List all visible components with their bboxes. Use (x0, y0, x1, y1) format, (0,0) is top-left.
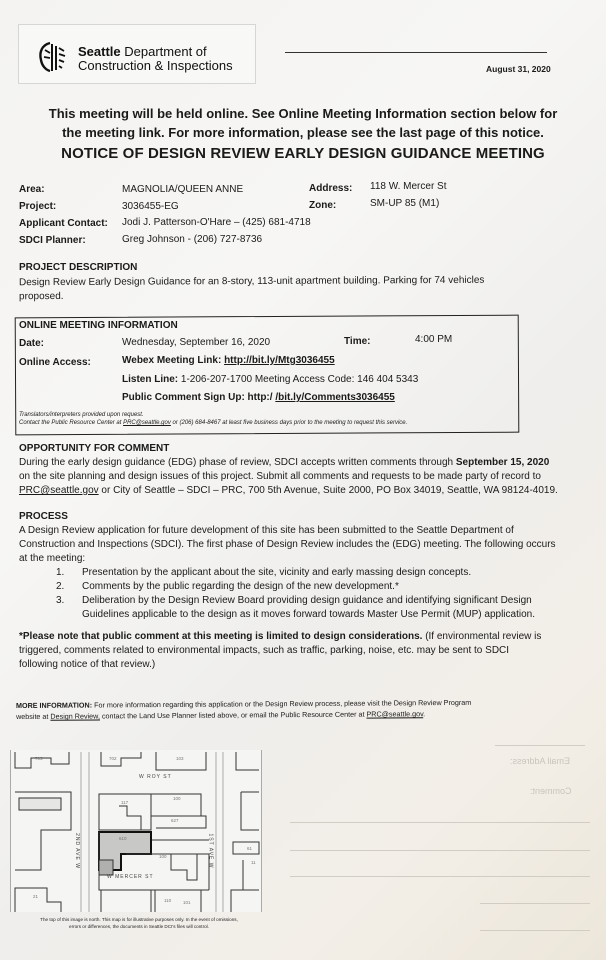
intro-line-1: This meeting will be held online. See On… (20, 104, 586, 123)
online-access-label: Online Access: (19, 357, 91, 368)
lot-number: 702 (109, 756, 117, 761)
prc-email-link[interactable]: PRC@seattle.gov (19, 485, 99, 496)
street-w-mercer: W MERCER ST (107, 874, 154, 880)
page-title: NOTICE OF DESIGN REVIEW EARLY DESIGN GUI… (20, 145, 586, 162)
public-comment-link[interactable]: /bit.ly/Comments3036455 (275, 392, 395, 403)
more-info-label: MORE INFORMATION: (16, 701, 92, 711)
department-name-rest: Department of (124, 44, 206, 59)
map-caption-line-2: errors or differences, the documents in … (14, 923, 264, 930)
project-label: Project: (19, 201, 56, 212)
bleed-line (495, 745, 585, 746)
map-drawing (11, 750, 261, 912)
notice-date: August 31, 2020 (486, 64, 551, 74)
public-comment-row: Public Comment Sign Up: http:/ /bit.ly/C… (122, 392, 395, 403)
process-line-2: Construction and Inspections (SDCI). The… (19, 538, 599, 552)
applicant-label: Applicant Contact: (19, 218, 108, 229)
bleed-email-label: Email Address: (510, 756, 570, 766)
opportunity-address: or City of Seattle – SDCI – PRC, 700 5th… (99, 485, 558, 496)
intro-text: This meeting will be held online. See On… (20, 104, 586, 142)
planner-label: SDCI Planner: (19, 235, 86, 246)
process-item-1-text: Presentation by the applicant about the … (82, 566, 471, 580)
contact-email-link[interactable]: PRC@seattle.gov (123, 420, 171, 426)
design-review-link[interactable]: Design Review, (50, 711, 100, 720)
opportunity-line-3: PRC@seattle.gov or City of Seattle – SDC… (19, 484, 599, 498)
design-note-bold: *Please note that public comment at this… (19, 631, 422, 642)
project-value: 3036455-EG (122, 201, 179, 212)
process-item-3-text: Deliberation by the Design Review Board … (82, 594, 532, 608)
meeting-time-value: 4:00 PM (415, 334, 452, 345)
contact-note: Contact the Public Resource Center at PR… (19, 420, 407, 426)
map-caption: The top of this image is north. This map… (14, 916, 264, 930)
bleed-line (290, 850, 590, 851)
lot-number: 610 (119, 836, 127, 841)
listen-row: Listen Line: 1-206-207-1700 Meeting Acce… (122, 374, 418, 385)
more-info-text-2-pre: website at (16, 712, 50, 721)
project-description-line-2: proposed. (19, 288, 484, 304)
more-info-text-2-end: . (423, 709, 425, 718)
design-note-line-3: following notice of that review.) (19, 658, 599, 672)
meeting-date-label: Date: (19, 338, 44, 349)
listen-label: Listen Line: (122, 374, 178, 385)
listen-value: 1-206-207-1700 Meeting Access Code: 146 … (181, 374, 418, 385)
street-2nd-ave-w: 2ND AVE W (74, 833, 80, 869)
opportunity-line-2: on the site planning and design issues o… (19, 470, 599, 484)
more-information: MORE INFORMATION: For more information r… (16, 696, 601, 722)
area-label: Area: (19, 184, 45, 195)
opportunity-text: During the early design guidance (EDG) p… (19, 456, 599, 498)
design-note-line-2: triggered, comments related to environme… (19, 644, 599, 658)
meeting-time-label: Time: (344, 336, 371, 347)
opportunity-line-1: During the early design guidance (EDG) p… (19, 456, 599, 470)
more-info-email-link[interactable]: PRC@seattle.gov (366, 709, 423, 718)
process-item-3-num: 3. (56, 594, 64, 608)
seattle-logo-icon (38, 40, 68, 74)
more-info-text-2-mid: contact the Land Use Planner listed abov… (100, 710, 367, 721)
department-name-bold: Seattle (78, 44, 121, 59)
map-caption-line-1: The top of this image is north. This map… (14, 916, 264, 923)
process-item-2-num: 2. (56, 580, 64, 594)
lot-number: 21 (33, 894, 38, 899)
project-description-text: Design Review Early Design Guidance for … (19, 274, 485, 304)
webex-label: Webex Meeting Link: (122, 355, 221, 366)
public-comment-label: Public Comment Sign Up: http:/ (122, 392, 273, 403)
webex-link[interactable]: http://bit.ly/Mtg3036455 (224, 355, 335, 366)
bleed-line (290, 876, 590, 877)
zone-value: SM-UP 85 (M1) (370, 198, 439, 209)
lot-number: 11 (251, 860, 256, 865)
bleed-line (290, 822, 590, 823)
design-note-line-1: *Please note that public comment at this… (19, 630, 599, 644)
process-line-3: at the meeting: (19, 552, 599, 566)
bleed-line (480, 903, 590, 904)
process-text: A Design Review application for future d… (19, 524, 599, 566)
design-note-rest: (If environmental review is (422, 631, 541, 642)
lot-number: 110 (164, 898, 171, 903)
lot-number: 627 (171, 818, 179, 823)
address-value: 118 W. Mercer St (370, 181, 447, 192)
process-line-1: A Design Review application for future d… (19, 524, 599, 538)
comment-deadline: September 15, 2020 (456, 457, 549, 468)
street-1st-ave-w: 1ST AVE W (207, 834, 213, 869)
address-label: Address: (309, 183, 352, 194)
process-item-2-text: Comments by the public regarding the des… (82, 580, 399, 594)
webex-row: Webex Meeting Link: http://bit.ly/Mtg303… (122, 355, 335, 366)
contact-note-pre: Contact the Public Resource Center at (19, 420, 123, 426)
process-item-3-text-2: Guidelines applicable to the design as i… (82, 608, 535, 622)
applicant-value: Jodi J. Patterson-O'Hare – (425) 681-471… (122, 217, 311, 228)
planner-value: Greg Johnson - (206) 727-8736 (122, 234, 262, 245)
opportunity-heading: OPPORTUNITY FOR COMMENT (19, 443, 169, 454)
zone-label: Zone: (309, 200, 336, 211)
bleed-comment-label: Comment: (530, 786, 572, 796)
project-description-heading: PROJECT DESCRIPTION (19, 262, 137, 273)
online-meeting-heading: ONLINE MEETING INFORMATION (19, 320, 178, 331)
lot-number: 705 (35, 756, 43, 761)
department-name: Seattle Department of Construction & Ins… (78, 45, 233, 73)
design-note: *Please note that public comment at this… (19, 630, 599, 672)
lot-number: 100 (159, 854, 167, 859)
translators-note: Translators/interpreters provided upon r… (19, 412, 144, 418)
lot-number: 100 (173, 796, 181, 801)
lot-number: 61 (247, 846, 252, 851)
header-rule (285, 52, 547, 53)
vicinity-map: W ROY ST W MERCER ST 2ND AVE W 1ST AVE W… (10, 750, 262, 912)
process-heading: PROCESS (19, 511, 68, 522)
meeting-date-value: Wednesday, September 16, 2020 (122, 337, 270, 348)
area-value: MAGNOLIA/QUEEN ANNE (122, 184, 243, 195)
contact-note-post: or (206) 684-8467 at least five business… (171, 420, 407, 426)
department-name-line2: Construction & Inspections (78, 58, 233, 73)
lot-number: 101 (183, 900, 191, 905)
lot-number: 117 (121, 800, 128, 805)
bleed-line (480, 930, 590, 931)
project-description-line-1: Design Review Early Design Guidance for … (19, 274, 484, 290)
process-item-1-num: 1. (56, 566, 64, 580)
intro-line-2: the meeting link. For more information, … (20, 123, 586, 142)
opportunity-line-1-text: During the early design guidance (EDG) p… (19, 457, 456, 468)
street-w-roy: W ROY ST (139, 774, 172, 780)
lot-number: 103 (176, 756, 184, 761)
